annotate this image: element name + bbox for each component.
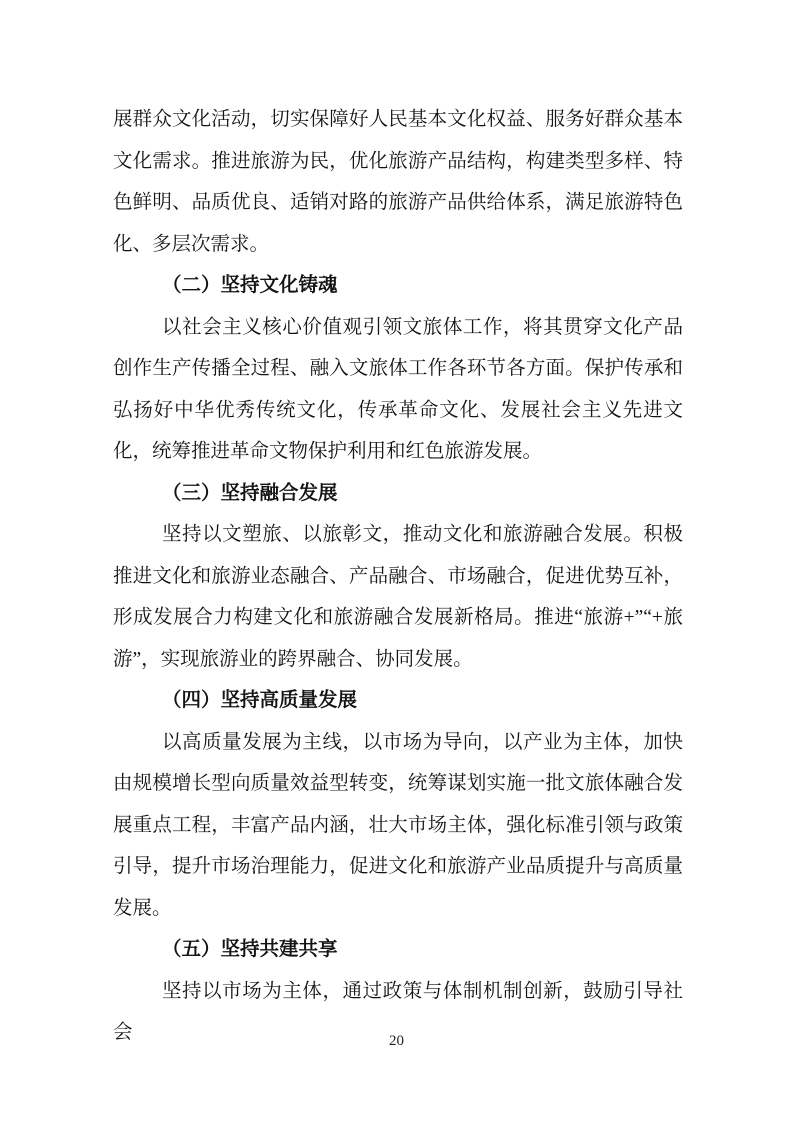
document-page: 展群众文化活动，切实保障好人民基本文化权益、服务好群众基本文化需求。推进旅游为民… bbox=[0, 0, 793, 1122]
paragraph-section-3: 坚持以文塑旅、以旅彰文，推动文化和旅游融合发展。积极推进文化和旅游业态融合、产品… bbox=[113, 514, 683, 680]
section-heading-2: （二）坚持文化铸魂 bbox=[113, 265, 683, 307]
section-heading-5: （五）坚持共建共享 bbox=[113, 929, 683, 971]
section-heading-3: （三）坚持融合发展 bbox=[113, 473, 683, 515]
page-footer: 20 bbox=[0, 1031, 793, 1051]
document-body: 展群众文化活动，切实保障好人民基本文化权益、服务好群众基本文化需求。推进旅游为民… bbox=[113, 99, 683, 1054]
section-heading-4: （四）坚持高质量发展 bbox=[113, 680, 683, 722]
paragraph-section-2: 以社会主义核心价值观引领文旅体工作，将其贯穿文化产品创作生产传播全过程、融入文旅… bbox=[113, 307, 683, 473]
paragraph-continuation: 展群众文化活动，切实保障好人民基本文化权益、服务好群众基本文化需求。推进旅游为民… bbox=[113, 99, 683, 265]
page-number: 20 bbox=[389, 1033, 404, 1049]
paragraph-section-4: 以高质量发展为主线，以市场为导向，以产业为主体，加快由规模增长型向质量效益型转变… bbox=[113, 722, 683, 930]
